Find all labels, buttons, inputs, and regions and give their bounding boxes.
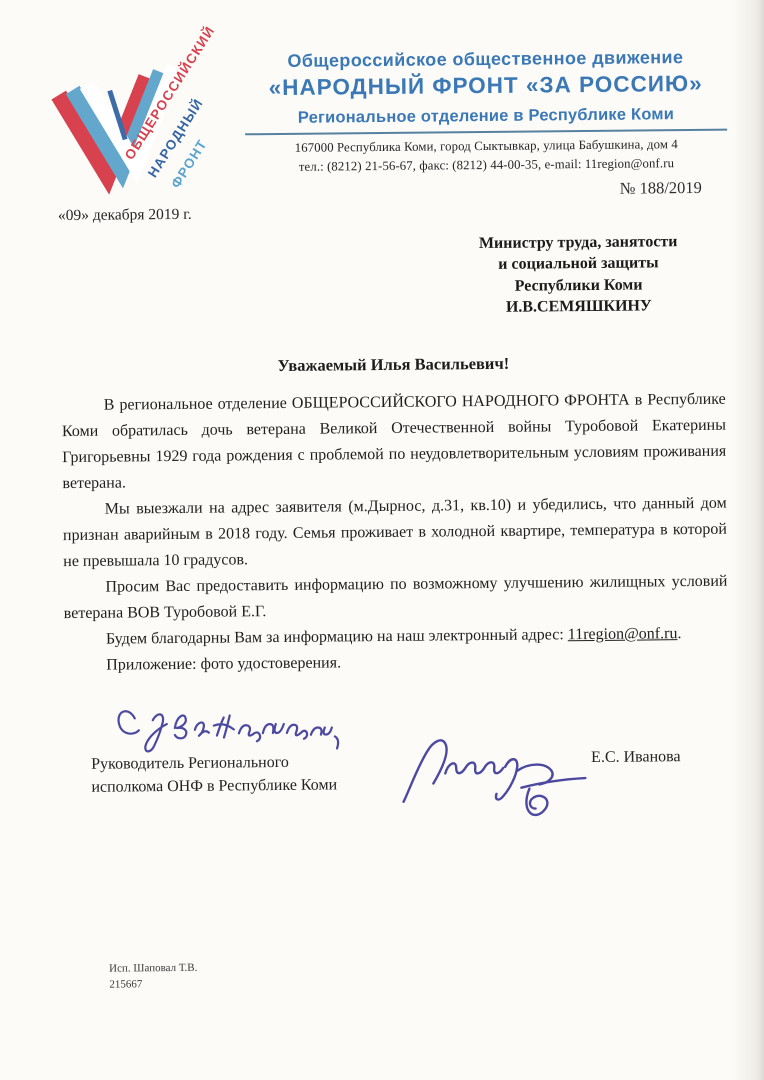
recipient-line: и социальной защиты: [438, 252, 718, 276]
signer-role: Руководитель Регионального исполкома ОНФ…: [91, 750, 411, 799]
letterhead: Общероссийское общественное движение «НА…: [244, 47, 727, 177]
signer-name: Е.С. Иванова: [591, 748, 681, 767]
reference-number: № 188/2019: [620, 178, 702, 199]
signature-scribble-icon: [399, 724, 595, 826]
letter-date: «09» декабря 2019 г.: [58, 206, 192, 225]
letter-content: ОБЩЕРОССИЙСКИЙ НАРОДНЫЙ ФРОНТ Общероссий…: [0, 0, 764, 1080]
letter-body: В региональное отделение ОБЩЕРОССИЙСКОГО…: [62, 387, 729, 679]
paragraph-visit: Мы выезжали на адрес заявителя (м.Дырнос…: [63, 491, 728, 575]
signer-role-line: исполкома ОНФ в Республике Коми: [91, 773, 411, 799]
reply-text: Будем благодарны Вам за информацию на на…: [106, 626, 568, 647]
paragraph-attachment: Приложение: фото удостоверения.: [64, 647, 728, 679]
email-address: 11region@onf.ru: [568, 625, 678, 643]
onf-logo: ОБЩЕРОССИЙСКИЙ НАРОДНЫЙ ФРОНТ: [32, 25, 269, 227]
executor-name: Исп. Шаповал Т.В.: [109, 961, 197, 978]
executor-phone: 215667: [109, 977, 197, 994]
letterhead-divider: [245, 129, 727, 136]
salutation: Уважаемый Илья Васильевич!: [61, 352, 725, 378]
recipient-line: Министру труда, занятости: [438, 231, 718, 255]
handwritten-signature: [399, 724, 595, 826]
org-regional-line: Региональное отделение в Республике Коми: [245, 105, 727, 129]
contacts-line: тел.: (8212) 21-56-67, факс: (8212) 44-0…: [245, 153, 727, 176]
recipient-line: Республики Коми: [439, 273, 719, 297]
org-movement-line: Общероссийское общественное движение: [244, 47, 726, 73]
recipient-block: Министру труда, занятости и социальной з…: [438, 231, 719, 319]
recipient-line: И.В.СЕМЯШКИНУ: [439, 295, 719, 319]
paragraph-appeal: В региональное отделение ОБЩЕРОССИЙСКОГО…: [62, 387, 727, 497]
reply-text-end: .: [677, 625, 681, 642]
scanned-letter-page: ОБЩЕРОССИЙСКИЙ НАРОДНЫЙ ФРОНТ Общероссий…: [0, 0, 764, 1080]
paragraph-request: Просим Вас предоставить информацию по во…: [63, 569, 727, 627]
org-name-line: «НАРОДНЫЙ ФРОНТ «ЗА РОССИЮ»: [245, 71, 727, 102]
executor-block: Исп. Шаповал Т.В. 215667: [109, 961, 197, 994]
signer-role-line: Руководитель Регионального: [91, 750, 411, 776]
letterhead-address: 167000 Республика Коми, город Сыктывкар,…: [245, 135, 727, 177]
